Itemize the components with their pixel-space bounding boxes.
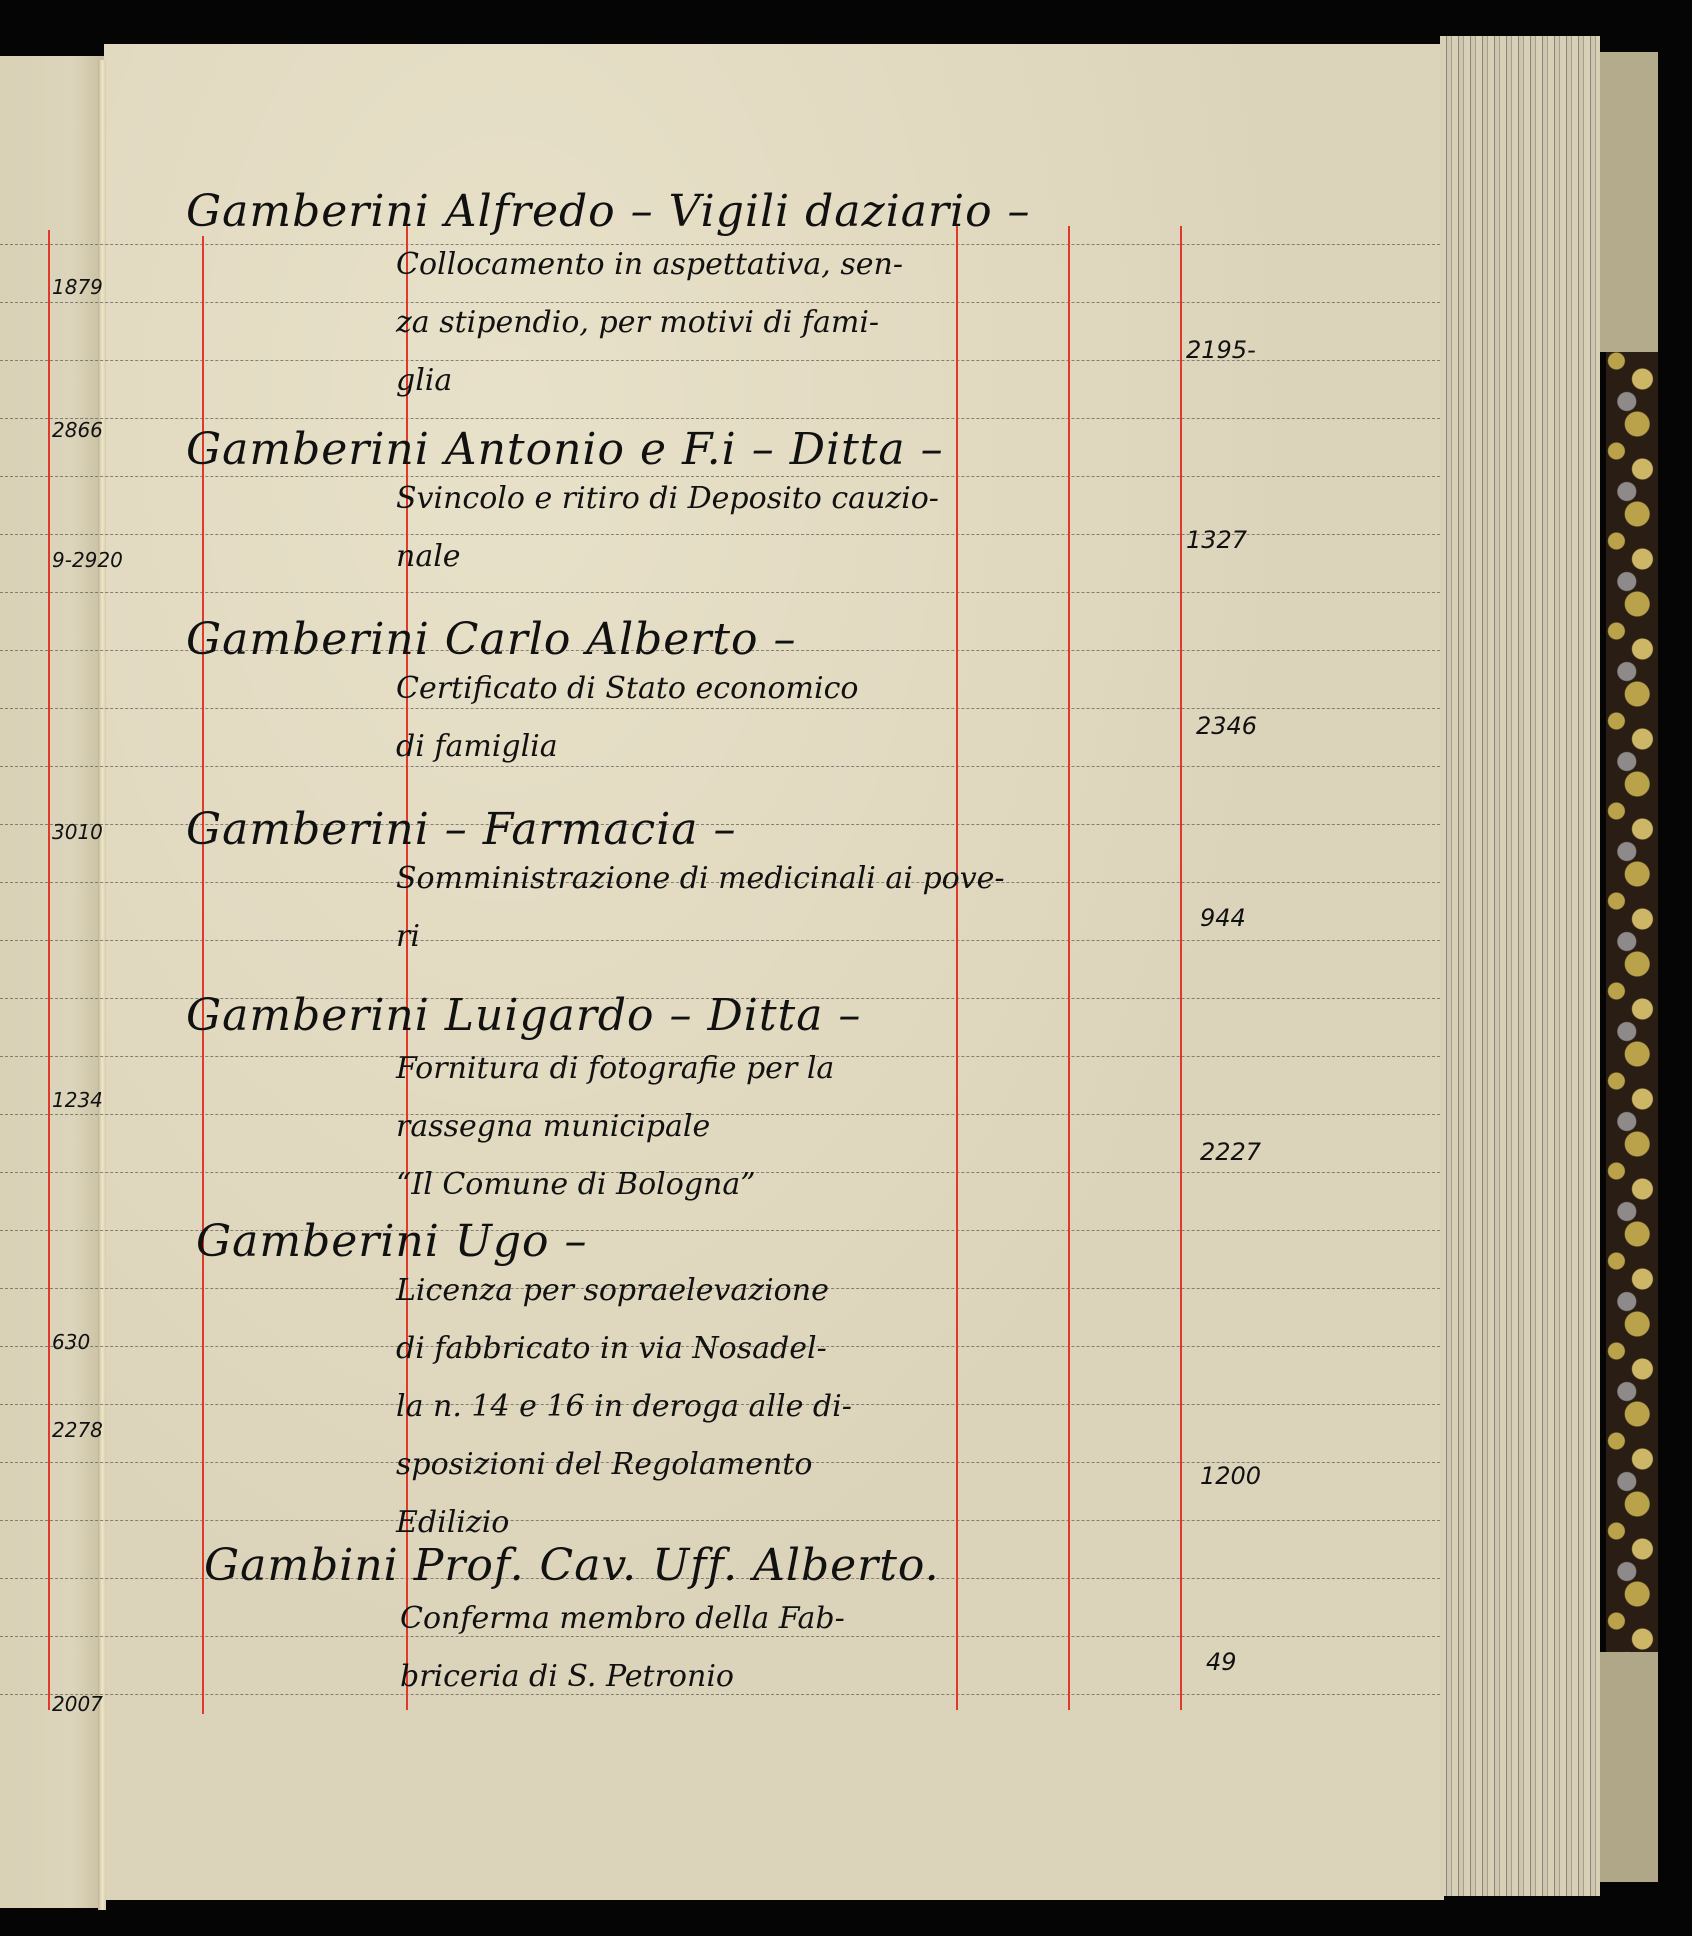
entry-name: Gamberini Antonio e F.i – Ditta – [186, 424, 944, 475]
entry-amount: 1327 [1186, 526, 1247, 554]
cover-parchment-top [1600, 52, 1658, 352]
margin-reference-number: 2866 [52, 418, 103, 442]
entry-description: Collocamento in aspettativa, sen- za sti… [396, 236, 903, 410]
entry-description: Somministrazione di medicinali ai pove- … [396, 850, 1005, 966]
margin-reference-number: 2007 [52, 1692, 103, 1716]
entry-amount: 49 [1206, 1648, 1237, 1676]
entry-name: Gamberini Ugo – [196, 1216, 588, 1267]
margin-reference-number: 9-2920 [52, 548, 123, 572]
left-page [0, 56, 104, 1908]
margin-reference-number: 3010 [52, 820, 103, 844]
entry-description: Licenza per sopraelevazione di fabbricat… [396, 1262, 852, 1552]
margin-reference-number: 1234 [52, 1088, 103, 1112]
entry-name: Gamberini Alfredo – Vigili daziario – [186, 186, 1031, 237]
entry-description: Svincolo e ritiro di Deposito cauzio- na… [396, 470, 939, 586]
entry-name: Gambini Prof. Cav. Uff. Alberto. [204, 1540, 940, 1591]
ruled-line [0, 418, 1440, 420]
entry-amount: 2227 [1200, 1138, 1261, 1166]
margin-reference-number: 630 [52, 1330, 90, 1354]
entry-description: Conferma membro della Fab- briceria di S… [400, 1590, 845, 1706]
entry-amount: 1200 [1200, 1462, 1261, 1490]
margin-reference-number: 1879 [52, 275, 103, 299]
red-column-rule [956, 226, 958, 1710]
entry-amount: 2346 [1196, 712, 1257, 740]
entry-amount: 2195- [1186, 336, 1256, 364]
cover-parchment-bottom [1600, 1652, 1658, 1882]
entry-description: Certificato di Stato economico di famigl… [396, 660, 858, 776]
margin-reference-number: 2278 [52, 1418, 103, 1442]
cover-marbled-paper [1606, 352, 1658, 1652]
red-column-rule [48, 230, 50, 1710]
page-edges [1440, 36, 1600, 1896]
entry-description: Fornitura di fotografie per la rassegna … [396, 1040, 834, 1214]
book-gutter [98, 60, 106, 1910]
ruled-line [0, 592, 1440, 594]
entry-name: Gamberini – Farmacia – [186, 804, 737, 855]
entry-name: Gamberini Carlo Alberto – [186, 614, 797, 665]
red-column-rule [1068, 226, 1070, 1710]
entry-name: Gamberini Luigardo – Ditta – [186, 990, 861, 1041]
red-column-rule [1180, 226, 1182, 1710]
entry-amount: 944 [1200, 904, 1246, 932]
